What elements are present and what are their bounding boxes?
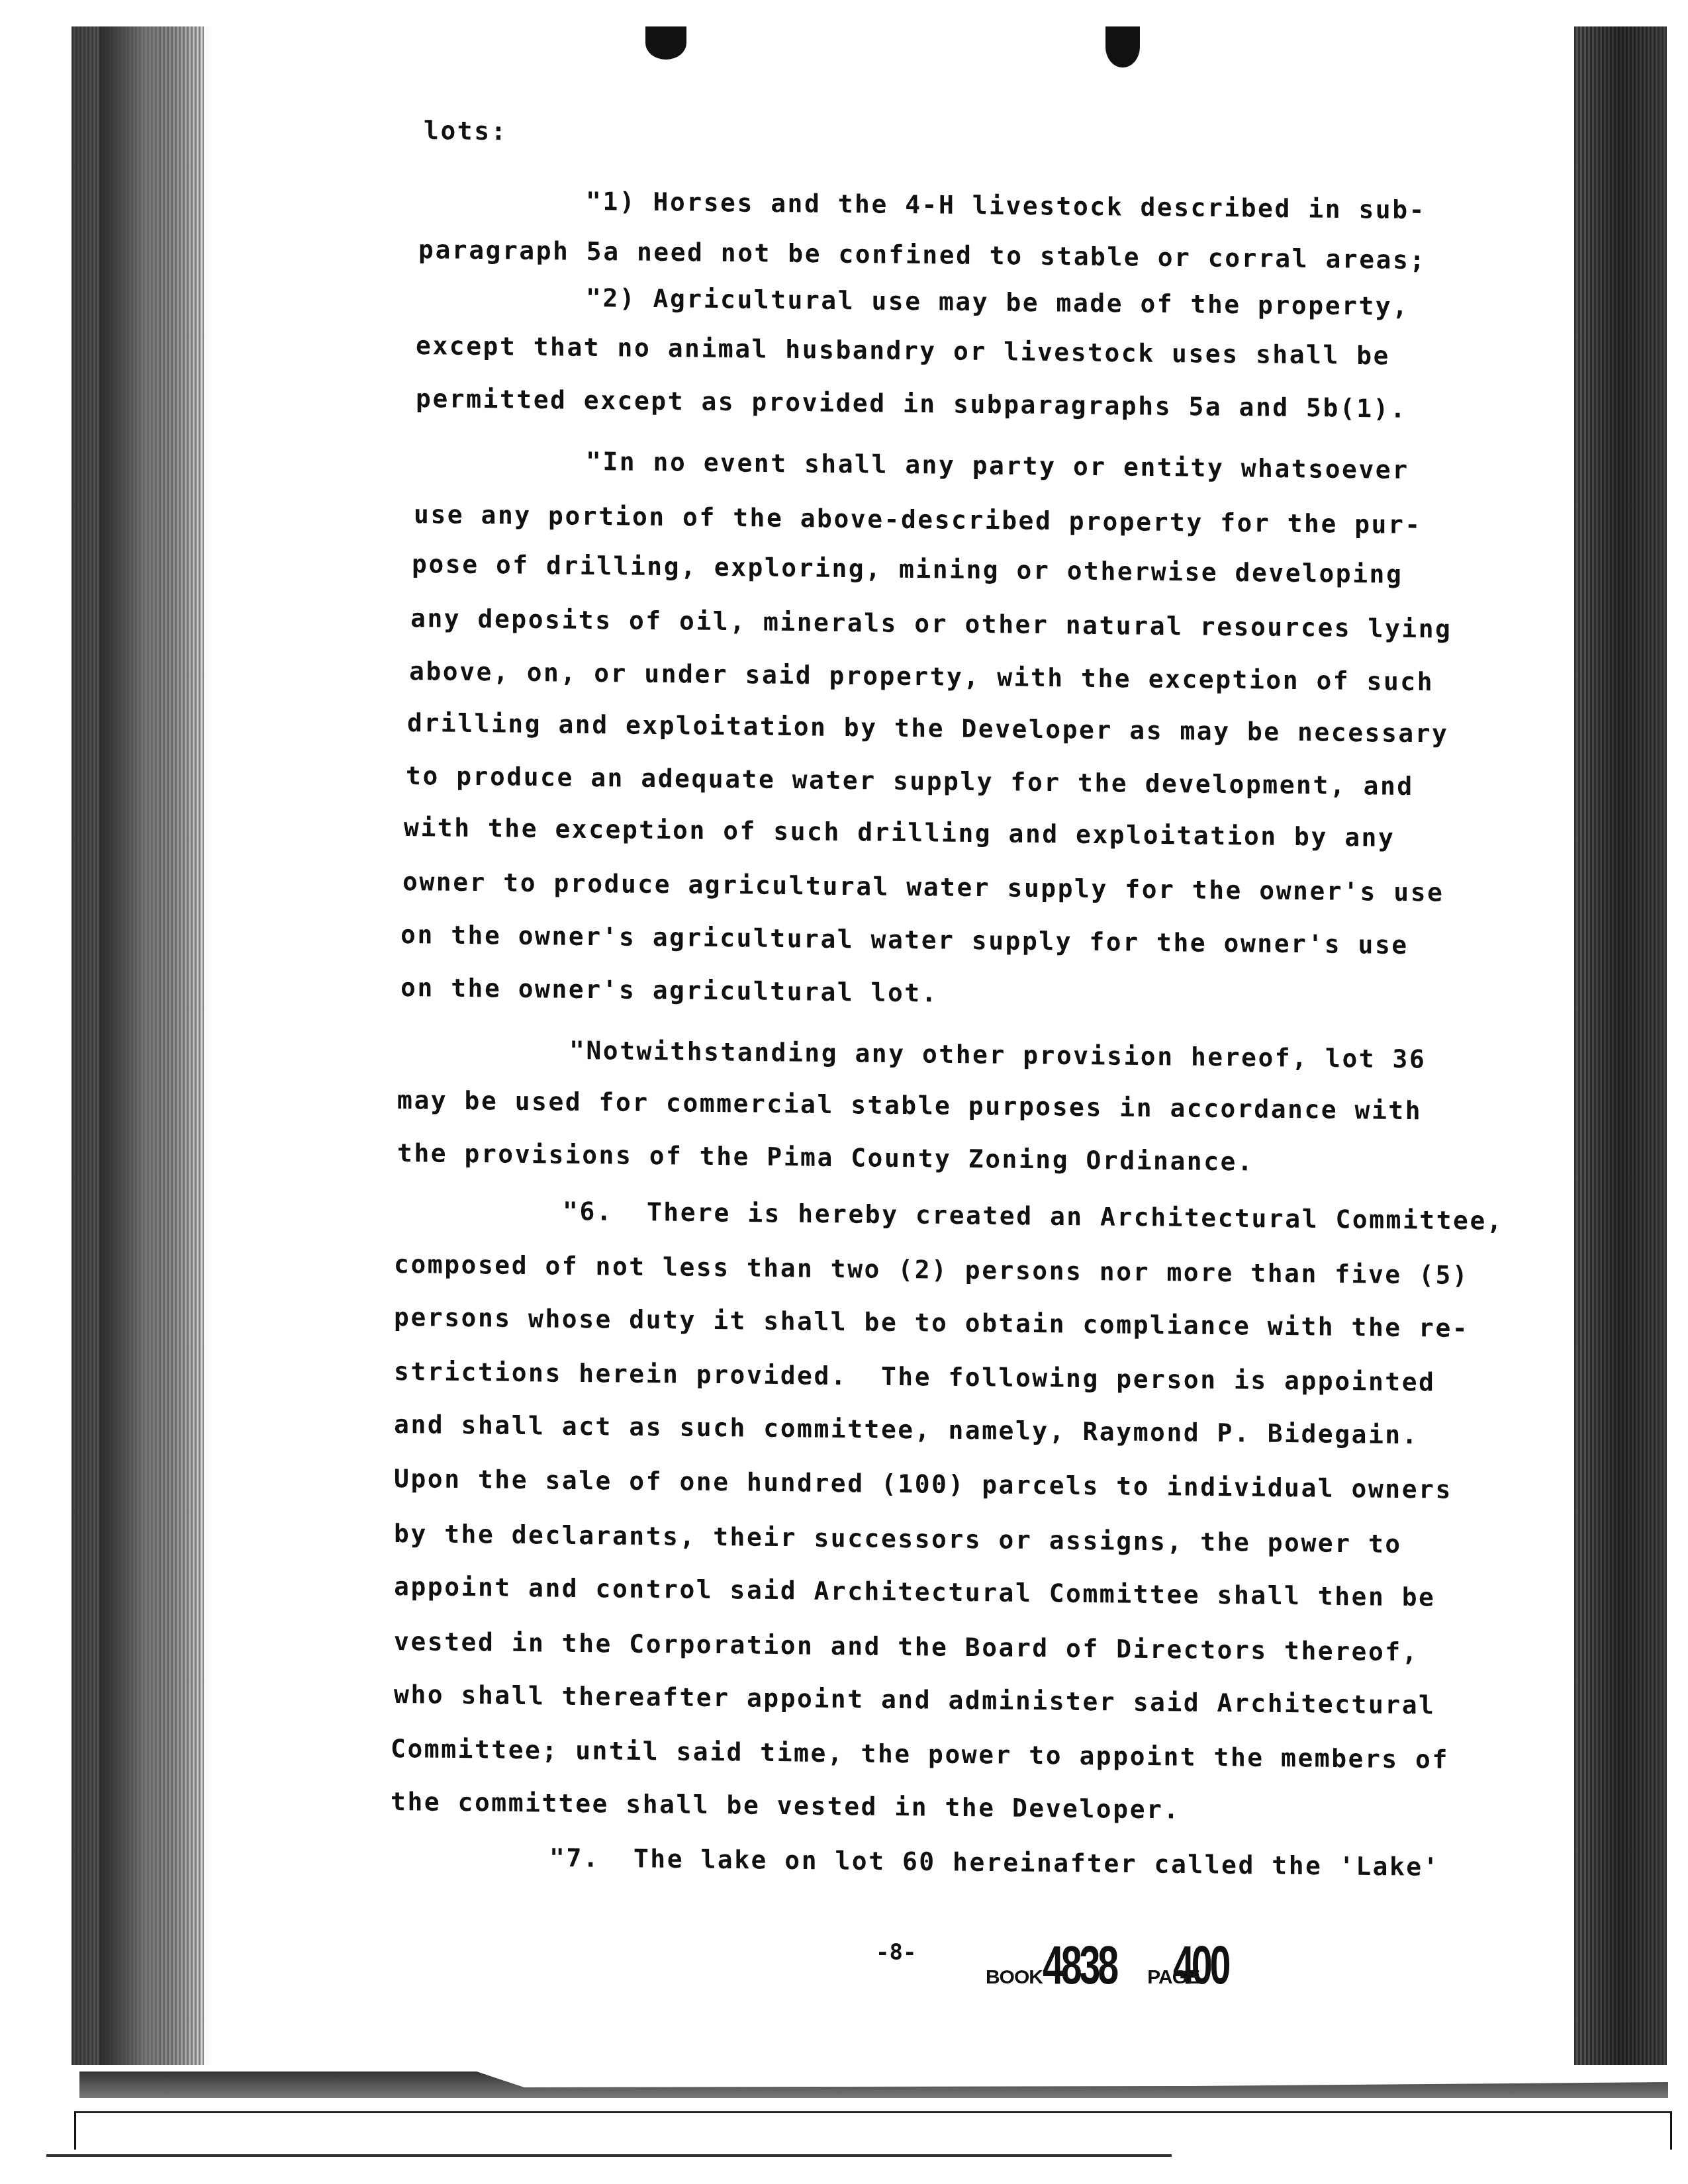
punch-hole-icon (645, 26, 686, 60)
text-line: Committee; until said time, the power to… (391, 1734, 1449, 1774)
scan-bottom-frame (74, 2111, 1672, 2150)
text-line: drilling and exploitation by the Develop… (407, 708, 1448, 748)
page-number: -8- (876, 1939, 916, 1966)
text-line: to produce an adequate water supply for … (406, 761, 1414, 801)
text-line: appoint and control said Architectural C… (394, 1572, 1435, 1612)
text-line: who shall thereafter appoint and adminis… (394, 1680, 1435, 1719)
text-line: the provisions of the Pima County Zoning… (397, 1138, 1254, 1177)
text-line: lots: (424, 116, 508, 146)
book-page-reference: BOOK4838PAGE400 (980, 1923, 1252, 1997)
text-line: any deposits of oil, minerals or other n… (410, 604, 1452, 643)
text-line: use any portion of the above-described p… (414, 500, 1422, 539)
text-line: vested in the Corporation and the Board … (394, 1627, 1419, 1666)
text-line: the committee shall be vested in the Dev… (391, 1787, 1180, 1824)
text-line: permitted except as provided in subparag… (416, 384, 1407, 424)
scan-bottom-rule (46, 2154, 1172, 2157)
text-line: strictions herein provided. The followin… (394, 1357, 1435, 1396)
page-value: 400 (1173, 1934, 1228, 1997)
text-line: "In no event shall any party or entity w… (586, 447, 1409, 484)
book-label: BOOK (986, 1966, 1043, 1988)
text-line: except that no animal husbandry or lives… (416, 331, 1390, 370)
text-line: on the owner's agricultural lot. (400, 973, 938, 1008)
text-line: above, on, or under said property, with … (409, 657, 1434, 696)
text-line: with the exception of such drilling and … (404, 813, 1395, 852)
text-line: and shall act as such committee, namely,… (394, 1410, 1419, 1449)
text-line: pose of drilling, exploring, mining or o… (412, 549, 1403, 589)
text-line: may be used for commercial stable purpos… (397, 1085, 1422, 1125)
text-line: paragraph 5a need not be confined to sta… (418, 235, 1427, 275)
text-line: "Notwithstanding any other provision her… (569, 1036, 1426, 1074)
text-line: Upon the sale of one hundred (100) parce… (394, 1464, 1452, 1504)
text-line: by the declarants, their successors or a… (394, 1519, 1402, 1559)
text-line: "2) Agricultural use may be made of the … (586, 283, 1409, 321)
scan-shadow-left-gradient (99, 26, 212, 2065)
text-line: "7. The lake on lot 60 hereinafter calle… (549, 1843, 1440, 1882)
text-line: "1) Horses and the 4-H livestock describ… (586, 187, 1426, 224)
book-number: 4838 (1043, 1934, 1116, 1997)
punch-hole-icon (1105, 26, 1140, 68)
text-line: on the owner's agricultural water supply… (400, 920, 1409, 960)
text-line: "6. There is hereby created an Architect… (563, 1197, 1503, 1236)
scan-shadow-bottom (79, 2071, 1668, 2098)
text-line: composed of not less than two (2) person… (394, 1250, 1469, 1290)
text-line: persons whose duty it shall be to obtain… (394, 1302, 1469, 1343)
scan-shadow-right (1574, 26, 1667, 2065)
text-line: owner to produce agricultural water supp… (402, 867, 1444, 907)
